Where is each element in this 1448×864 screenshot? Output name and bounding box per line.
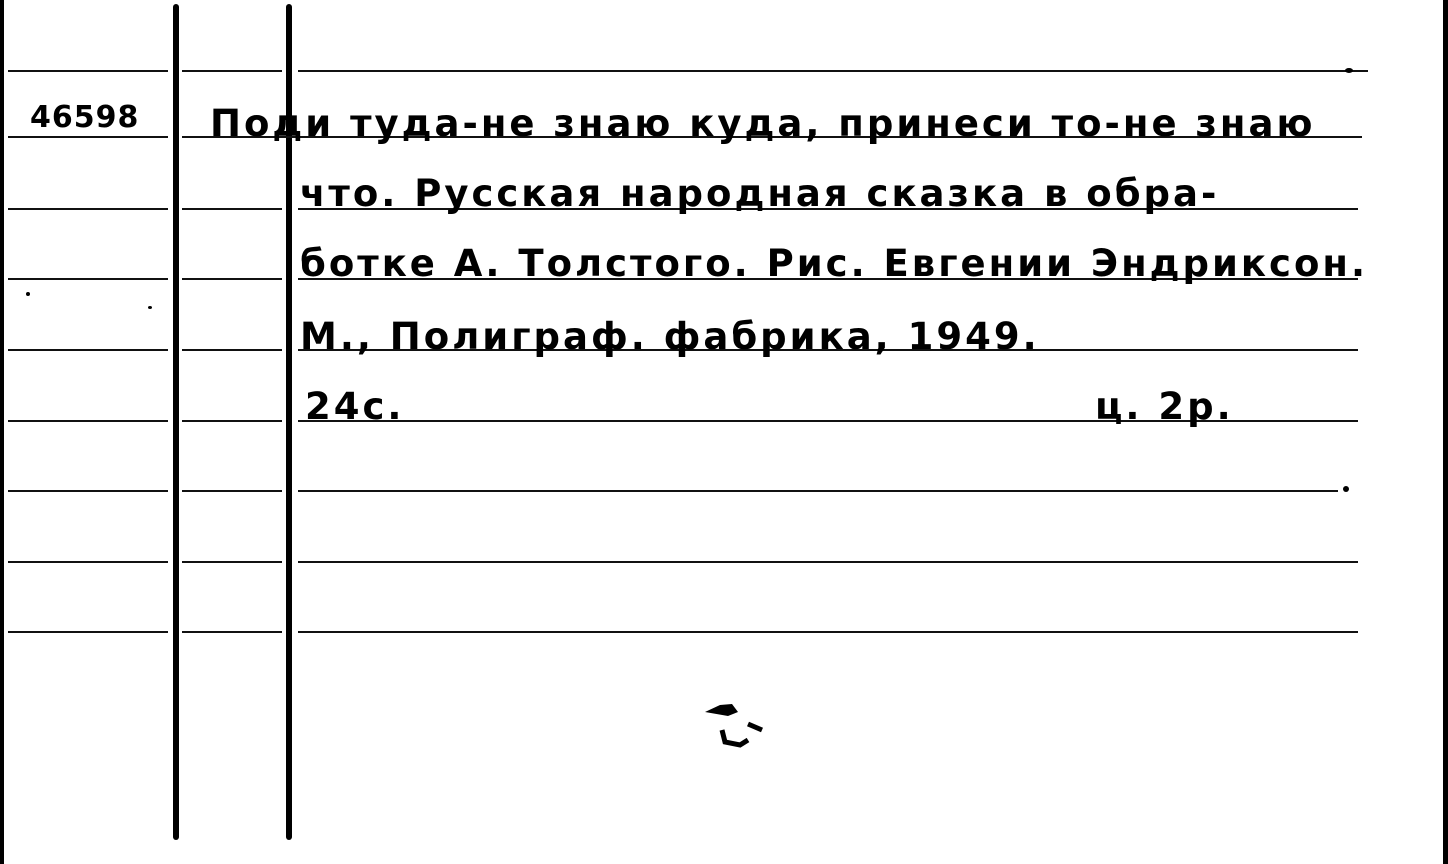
column-divider-1 (173, 4, 179, 840)
ruled-line (8, 420, 168, 422)
catalog-card: 46598 Поди туда-не знаю куда, принеси то… (0, 0, 1448, 864)
ruled-line (8, 208, 168, 210)
page-count: 24с. (305, 388, 404, 425)
ruled-line (298, 70, 1368, 72)
ruled-line (298, 490, 1338, 492)
catalog-number: 46598 (30, 103, 139, 133)
entry-line-4: М., Полиграф. фабрика, 1949. (300, 318, 1040, 355)
ruled-line (8, 561, 168, 563)
ruled-line (8, 136, 168, 138)
card-left-edge (0, 0, 4, 864)
ruled-line (182, 208, 282, 210)
ruled-line (8, 349, 168, 351)
ruled-line (182, 349, 282, 351)
ruled-line (8, 631, 168, 633)
ink-speck (1343, 486, 1349, 492)
ruled-line (8, 70, 168, 72)
ink-speck (26, 292, 30, 296)
price: ц. 2р. (1095, 388, 1234, 425)
ruled-line (182, 70, 282, 72)
entry-line-2: что. Русская народная сказка в обра- (300, 175, 1219, 212)
ruled-line (182, 631, 282, 633)
smudge-mark-icon (700, 690, 770, 750)
ruled-line (8, 278, 168, 280)
ruled-line (8, 490, 168, 492)
ruled-line (298, 631, 1358, 633)
ink-speck (1345, 68, 1353, 73)
ruled-line (182, 278, 282, 280)
ink-speck (148, 306, 152, 309)
ruled-line (182, 490, 282, 492)
entry-line-1: Поди туда-не знаю куда, принеси то-не зн… (210, 105, 1315, 142)
card-right-edge (1443, 0, 1448, 864)
ruled-line (182, 420, 282, 422)
ruled-line (182, 561, 282, 563)
entry-line-3: ботке А. Толстого. Рис. Евгении Эндриксо… (300, 245, 1368, 282)
ruled-line (298, 561, 1358, 563)
